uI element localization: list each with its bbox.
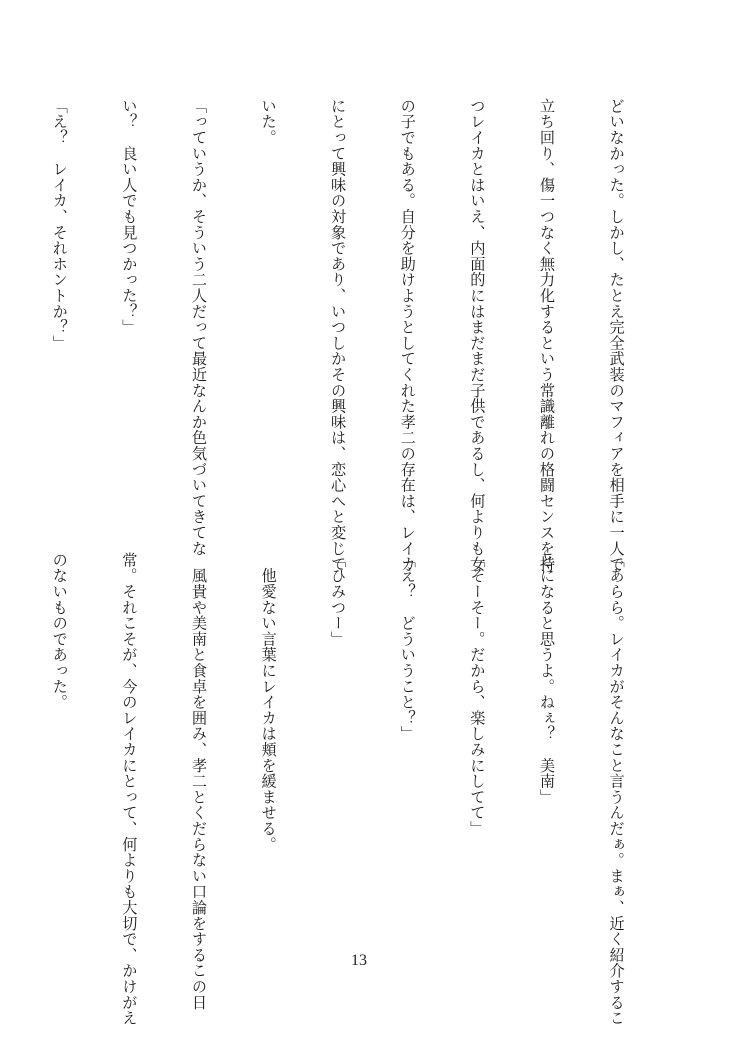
text-column: にとって興味の対象であり、いつしかその興味は、恋心へと変じて	[326, 98, 349, 478]
text-column: レイカは友人たちに、そして孝二にも、自分が捜査官であるとい	[0, 98, 1, 478]
text-column: どいなかった。しかし、たとえ完全武装のマフィアを相手に一人で	[604, 98, 627, 478]
text-column: 他愛ない言葉にレイカは頬を緩ませる。	[256, 552, 279, 947]
text-column: のないものであった。	[48, 552, 71, 947]
text-column: 「え？ どういうこと？」	[396, 552, 419, 947]
text-column: の子でもある。自分を助けようとしてくれた孝二の存在は、レイカ	[396, 98, 419, 478]
text-column: 「ひみつー」	[326, 552, 349, 947]
text-column: 「そーそー。だから、楽しみにしてて」	[465, 552, 488, 947]
text-column: い？ 良い人でも見つかった？」	[117, 98, 140, 478]
text-block-top: どいなかった。しかし、たとえ完全武装のマフィアを相手に一人で 立ち回り、傷一つな…	[0, 98, 674, 478]
text-block-bottom: 「あらら。レイカがそんなこと言うんだぁ。まぁ、近く紹介するこ とになると思うよ。…	[0, 552, 674, 947]
page-number: 13	[351, 952, 367, 970]
text-column: つレイカとはいえ、内面的にはまだまだ子供であるし、何よりも女	[465, 98, 488, 478]
text-column: いた。	[256, 98, 279, 478]
text-column: 風貴や美南と食卓を囲み、孝二とくだらない口論をするこの日	[187, 552, 210, 947]
text-column: 立ち回り、傷一つなく無力化するという常識離れの格闘センスを持	[535, 98, 558, 478]
text-column: 常。それこそが、今のレイカにとって、何よりも大切で、かけがえ	[117, 552, 140, 947]
book-page: どいなかった。しかし、たとえ完全武装のマフィアを相手に一人で 立ち回り、傷一つな…	[0, 0, 736, 1039]
blank-column	[0, 552, 1, 947]
text-column: 「え？ レイカ、それホントか？」	[48, 98, 71, 478]
text-column: 「っていうか、そういう二人だって最近なんか色気づいてきてな	[187, 98, 210, 478]
text-column: とになると思うよ。ねぇ？ 美南」	[535, 552, 558, 947]
text-column: 「あらら。レイカがそんなこと言うんだぁ。まぁ、近く紹介するこ	[604, 552, 627, 947]
